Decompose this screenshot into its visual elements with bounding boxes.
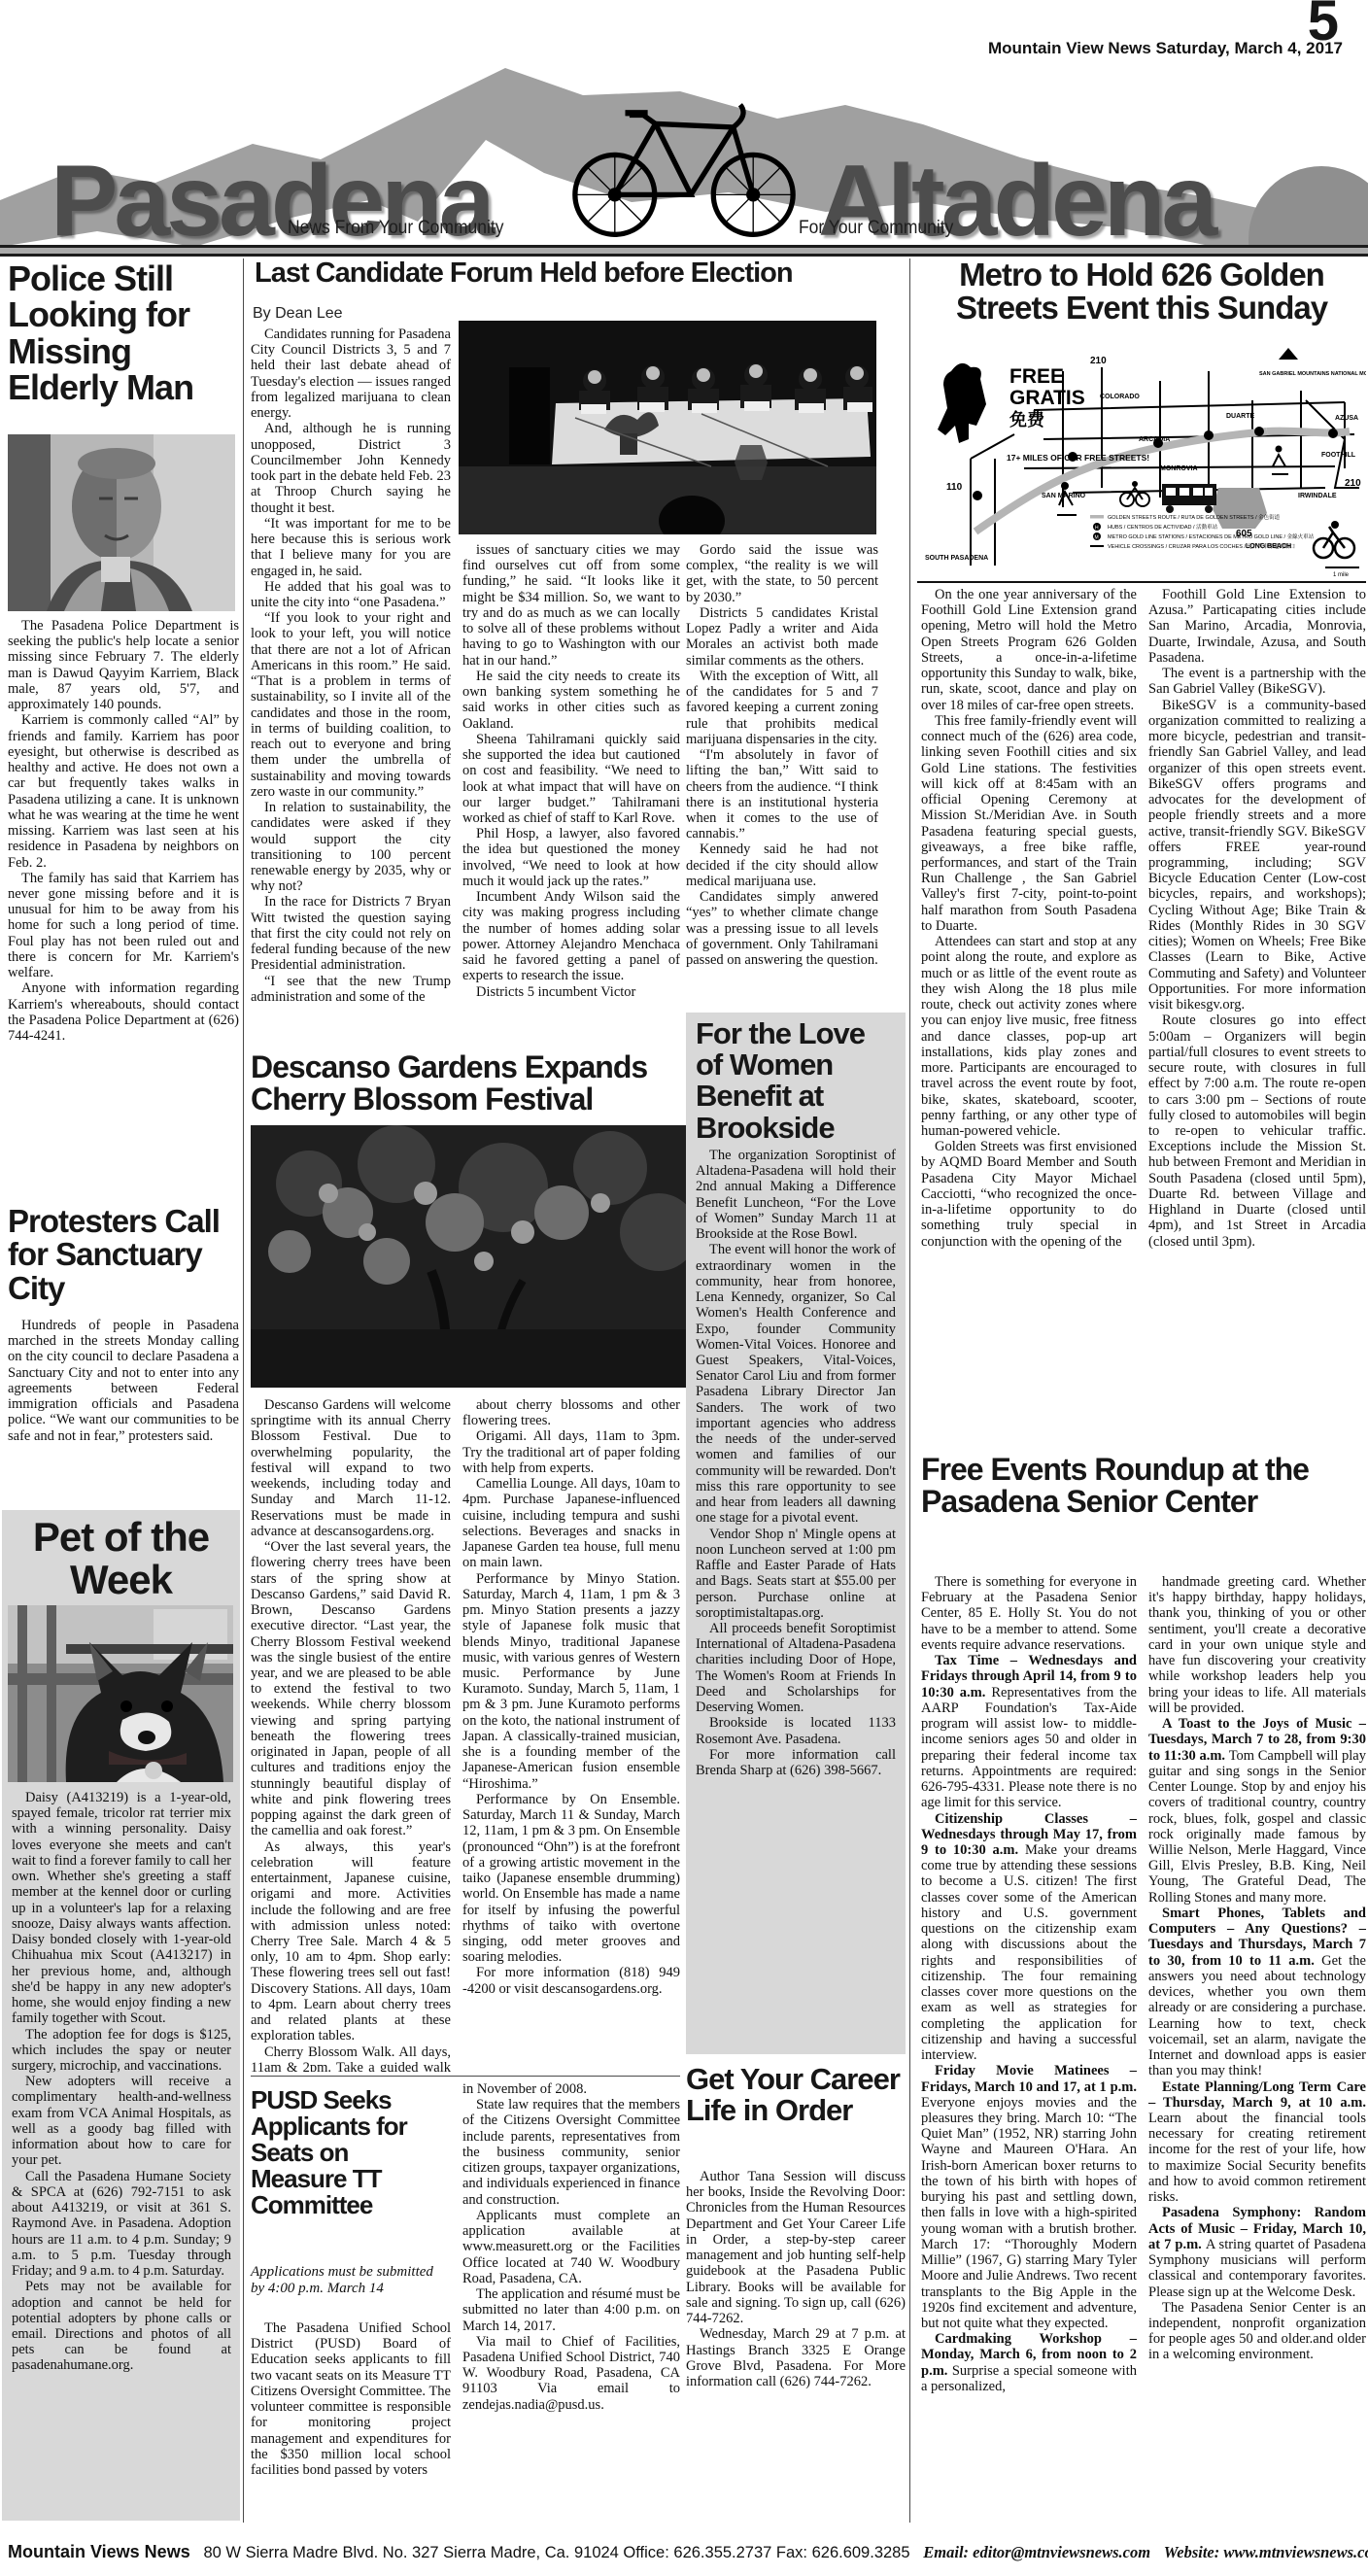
svg-text:GOLDEN STREETS ROUTE / RUTA DE: GOLDEN STREETS ROUTE / RUTA DE GOLDEN ST…: [1108, 513, 1281, 521]
article-paragraph: The event will honor the work of extraor…: [696, 1242, 896, 1526]
article-paragraph: Call the Pasadena Humane Society & SPCA …: [12, 2169, 231, 2280]
article-paragraph: “It was important for me to be here beca…: [251, 516, 451, 579]
article-paragraph: For more information call Brenda Sharp a…: [696, 1747, 896, 1778]
descanso-headline: Descanso Gardens Expands Cherry Blossom …: [251, 1051, 688, 1116]
pusd-headline: PUSD Seeks Applicants for Seats on Measu…: [251, 2087, 445, 2218]
police-body: The Pasadena Police Department is seekin…: [8, 618, 239, 1197]
metro-col2: Foothill Gold Line Extension to Azusa.” …: [1148, 587, 1366, 1411]
article-paragraph: Via mail to Chief of Facilities, Pasaden…: [462, 2334, 680, 2413]
footer-address: 80 W Sierra Madre Blvd. No. 327 Sierra M…: [203, 2544, 909, 2561]
article-paragraph: And, although he is running unopposed, D…: [251, 421, 451, 515]
article-paragraph: “If you look to your right and look to y…: [251, 610, 451, 800]
article-paragraph: Vendor Shop n' Mingle opens at noon Lunc…: [696, 1527, 896, 1621]
article-paragraph: Pasadena Symphony: Random Acts of Music …: [1148, 2205, 1366, 2299]
pet-photo: [8, 1605, 233, 1782]
article-paragraph: Foothill Gold Line Extension to Azusa.” …: [1148, 587, 1366, 666]
article-paragraph: Kennedy said he had not decided if the c…: [686, 841, 878, 889]
article-paragraph: As always, this year's celebration will …: [251, 1839, 451, 2044]
svg-text:H: H: [1095, 526, 1099, 532]
svg-text:HUBS / CENTROS DE ACTIVIDAD /: HUBS / CENTROS DE ACTIVIDAD / 活動車站: [1108, 523, 1218, 531]
svg-text:FOOTHILL: FOOTHILL: [1321, 452, 1356, 459]
article-paragraph: Applicants must complete an application …: [462, 2208, 680, 2286]
article-paragraph: Karriem is commonly called “Al” by frien…: [8, 712, 239, 870]
article-paragraph: Incumbent Andy Wilson said the city was …: [462, 889, 680, 983]
article-paragraph: Citizenship Classes – Wednesdays through…: [921, 1811, 1137, 2064]
column-divider: [909, 258, 910, 2523]
masthead-rule: [0, 245, 1368, 257]
forum-col1: Candidates running for Pasadena City Cou…: [251, 326, 451, 1053]
protesters-headline: Protesters Call for Sanctuary City: [8, 1205, 241, 1305]
svg-text:免费: 免费: [1009, 409, 1045, 429]
svg-text:210: 210: [1090, 356, 1107, 366]
article-paragraph: The Pasadena Unified School District (PU…: [251, 2320, 451, 2478]
forum-photo: [459, 321, 876, 534]
brookside-body: The organization Soroptinist of Altadena…: [696, 1148, 896, 2003]
footer-publication-name: Mountain Views News: [8, 2542, 190, 2561]
article-paragraph: Cardmaking Workshop – Monday, March 6, f…: [921, 2331, 1137, 2394]
article-paragraph: This free family-friendly event will con…: [921, 713, 1137, 934]
descanso-col1: Descanso Gardens will welcome springtime…: [251, 1397, 451, 2072]
article-paragraph: There is something for everyone in Febru…: [921, 1574, 1137, 1653]
article-paragraph: in November of 2008.: [462, 2081, 680, 2097]
svg-text:SOUTH PASADENA: SOUTH PASADENA: [925, 555, 988, 562]
protesters-body: Hundreds of people in Pasadena marched i…: [8, 1318, 239, 1510]
pusd-col1: The Pasadena Unified School District (PU…: [251, 2320, 451, 2519]
brookside-headline: For the Love of Women Benefit at Brooksi…: [696, 1018, 898, 1144]
article-paragraph: Tax Time – Wednesdays and Fridays throug…: [921, 1653, 1137, 1810]
svg-text:M: M: [1095, 535, 1099, 541]
pusd-col2: in November of 2008.State law requires t…: [462, 2081, 680, 2521]
forum-headline: Last Candidate Forum Held before Electio…: [255, 258, 915, 288]
article-paragraph: Friday Movie Matinees – Fridays, March 1…: [921, 2063, 1137, 2331]
article-paragraph: All proceeds benefit Soroptimist Interna…: [696, 1621, 896, 1715]
svg-text:DUARTE: DUARTE: [1226, 413, 1254, 420]
metro-headline: Metro to Hold 626 Golden Streets Event t…: [917, 258, 1366, 326]
article-paragraph: Author Tana Session will discuss her boo…: [686, 2169, 906, 2326]
pusd-deck: Applications must be submitted by 4:00 p…: [251, 2264, 441, 2298]
article-paragraph: Anyone with information regarding Karrie…: [8, 980, 239, 1044]
metro-event-map: FREE GRATIS 免费 17+ MILES OF CAR FREE STR…: [917, 342, 1366, 583]
article-paragraph: Descanso Gardens will welcome springtime…: [251, 1397, 451, 1539]
svg-text:210: 210: [1345, 478, 1361, 489]
svg-text:110: 110: [946, 482, 963, 493]
article-paragraph: Performance by On Ensemble. Saturday, Ma…: [462, 1792, 680, 1966]
article-paragraph: The family has said that Karriem has nev…: [8, 871, 239, 981]
article-paragraph: The application and résumé must be submi…: [462, 2286, 680, 2334]
article-paragraph: Attendees can start and stop at any poin…: [921, 934, 1137, 1139]
article-paragraph: He said the city needs to create its own…: [462, 669, 680, 732]
article-paragraph: The adoption fee for dogs is $125, which…: [12, 2027, 231, 2075]
svg-text:METRO GOLD LINE STATIONS / EST: METRO GOLD LINE STATIONS / ESTACIONES DE…: [1108, 532, 1315, 540]
article-paragraph: The organization Soroptinist of Altadena…: [696, 1148, 896, 1242]
article-paragraph: Hundreds of people in Pasadena marched i…: [8, 1318, 239, 1444]
article-paragraph: “I'm absolutely in favor of lifting the …: [686, 747, 878, 841]
newspaper-page: 5 Mountain View News Saturday, March 4, …: [0, 0, 1368, 2576]
article-paragraph: handmade greeting card. Whether it's hap…: [1148, 1574, 1366, 1716]
svg-text:17+ MILES OF CAR FREE STREETS!: 17+ MILES OF CAR FREE STREETS!: [1007, 453, 1149, 463]
pet-body: Daisy (A413219) is a 1-year-old, spayed …: [12, 1790, 231, 2517]
svg-text:SAN GABRIEL MOUNTAINS NATIONAL: SAN GABRIEL MOUNTAINS NATIONAL MONUMENT: [1259, 371, 1366, 377]
police-headline: Police Still Looking for Missing Elderly…: [8, 260, 241, 406]
article-paragraph: Cherry Blossom Walk. All days, 11am & 2p…: [251, 2044, 451, 2072]
article-paragraph: Camellia Lounge. All days, 10am to 4pm. …: [462, 1476, 680, 1570]
article-paragraph: “Over the last several years, the flower…: [251, 1539, 451, 1838]
article-paragraph: Smart Phones, Tablets and Computers – An…: [1148, 1906, 1366, 2079]
missing-man-photo: [8, 434, 235, 611]
svg-text:VEHICLE CROSSINGS / CRUZAR PAR: VEHICLE CROSSINGS / CRUZAR PARA LOS COCH…: [1108, 542, 1295, 550]
svg-text:COLORADO: COLORADO: [1100, 394, 1140, 400]
column-divider: [243, 258, 244, 2523]
article-paragraph: Candidates simply anwered “yes” to wheth…: [686, 889, 878, 968]
article-paragraph: about cherry blossoms and other flowerin…: [462, 1397, 680, 1428]
masthead-tagline-right: For Your Community: [799, 218, 953, 239]
footer-website: Website: www.mtnviewsnews.com: [1164, 2543, 1368, 2561]
footer: Mountain Views News 80 W Sierra Madre Bl…: [8, 2542, 1368, 2562]
article-paragraph: issues of sanctuary cities we may find o…: [462, 542, 680, 669]
article-paragraph: Golden Streets was first envisioned by A…: [921, 1139, 1137, 1250]
masthead: Pasadena Altadena News From Your Communi…: [0, 54, 1368, 247]
svg-text:AZUSA: AZUSA: [1335, 415, 1358, 422]
pet-headline: Pet of the Week: [2, 1516, 240, 1600]
article-paragraph: Districts 5 incumbent Victor: [462, 984, 680, 1000]
article-paragraph: Route closures go into effect 5:00am – O…: [1148, 1013, 1366, 1250]
metro-col1: On the one year anniversary of the Footh…: [921, 587, 1137, 1411]
article-paragraph: He added that his goal was to unite the …: [251, 579, 451, 610]
article-paragraph: In relation to sustainability, the candi…: [251, 800, 451, 894]
article-paragraph: Daisy (A413219) is a 1-year-old, spayed …: [12, 1790, 231, 2027]
descanso-col2: about cherry blossoms and other flowerin…: [462, 1397, 680, 2027]
article-paragraph: Sheena Tahilramani quickly said she supp…: [462, 732, 680, 826]
svg-text:IRWINDALE: IRWINDALE: [1298, 493, 1337, 499]
svg-text:1 mile: 1 mile: [1333, 572, 1350, 578]
senior-headline: Free Events Roundup at the Pasadena Seni…: [921, 1454, 1368, 1519]
forum-col3: Gordo said the issue was complex, “the r…: [686, 542, 878, 981]
bicycle-icon: [540, 72, 828, 245]
article-paragraph: In the race for Districts 7 Bryan Witt t…: [251, 894, 451, 973]
svg-text:FREE: FREE: [1009, 365, 1064, 388]
forum-byline: By Dean Lee: [253, 305, 343, 323]
section-rule: [251, 2076, 680, 2077]
article-paragraph: Candidates running for Pasadena City Cou…: [251, 326, 451, 421]
cherry-blossom-photo: [251, 1125, 686, 1388]
masthead-tagline-left: News From Your Community: [288, 218, 503, 239]
article-paragraph: Districts 5 candidates Kristal Lopez Pad…: [686, 605, 878, 669]
senior-col1: There is something for everyone in Febru…: [921, 1574, 1137, 2519]
article-paragraph: The event is a partnership with the San …: [1148, 666, 1366, 697]
article-paragraph: BikeSGV is a community-based organizatio…: [1148, 698, 1366, 1013]
article-paragraph: Origami. All days, 11am to 3pm. Try the …: [462, 1428, 680, 1476]
article-paragraph: With the exception of Witt, all of the c…: [686, 669, 878, 747]
footer-email: Email: editor@mtnviewsnews.com: [923, 2543, 1150, 2561]
article-paragraph: On the one year anniversary of the Footh…: [921, 587, 1137, 713]
article-paragraph: Estate Planning/Long Term Care – Thursda…: [1148, 2079, 1366, 2206]
article-paragraph: Pets may not be available for adoption a…: [12, 2279, 231, 2373]
article-paragraph: State law requires that the members of t…: [462, 2097, 680, 2208]
senior-col2: handmade greeting card. Whether it's hap…: [1148, 1574, 1366, 2519]
article-paragraph: Wednesday, March 29 at 7 p.m. at Hasting…: [686, 2326, 906, 2389]
article-paragraph: Performance by Minyo Station. Saturday, …: [462, 1571, 680, 1792]
article-paragraph: “I see that the new Trump administration…: [251, 974, 451, 1005]
article-paragraph: The Pasadena Police Department is seekin…: [8, 618, 239, 712]
article-paragraph: The Pasadena Senior Center is an indepen…: [1148, 2300, 1366, 2363]
svg-text:MONROVIA: MONROVIA: [1160, 465, 1198, 472]
forum-col2: issues of sanctuary cities we may find o…: [462, 542, 680, 1051]
article-paragraph: For more information (818) 949 -4200 or …: [462, 1965, 680, 1996]
career-body: Author Tana Session will discuss her boo…: [686, 2169, 906, 2519]
article-paragraph: Gordo said the issue was complex, “the r…: [686, 542, 878, 605]
article-paragraph: New adopters will receive a complimentar…: [12, 2074, 231, 2168]
brookside-box: For the Love of Women Benefit at Brooksi…: [686, 1013, 906, 2054]
svg-text:GRATIS: GRATIS: [1009, 387, 1085, 409]
career-headline: Get Your Career Life in Order: [686, 2064, 906, 2126]
article-paragraph: A Toast to the Joys of Music – Tuesdays,…: [1148, 1716, 1366, 1906]
article-paragraph: Phil Hosp, a lawyer, also favored the id…: [462, 826, 680, 889]
article-paragraph: Brookside is located 1133 Rosemont Ave. …: [696, 1715, 896, 1746]
